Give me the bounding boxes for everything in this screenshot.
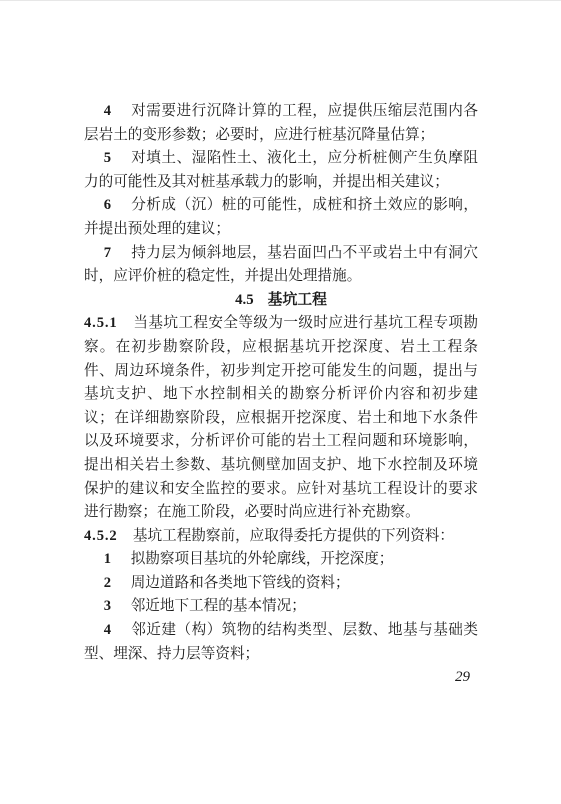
- document-page: 4对需要进行沉降计算的工程，应提供压缩层范围内各层岩土的变形参数；必要时，应进行…: [0, 0, 561, 804]
- list-item: 2周边道路和各类地下管线的资料；: [84, 572, 478, 596]
- clause-number: 4.5.1: [84, 315, 118, 331]
- list-item-number: 4: [104, 622, 111, 638]
- list-item-text: 拟勘察项目基坑的外轮廓线，开挖深度；: [131, 551, 394, 567]
- list-item-text: 邻近建（构）筑物的结构类型、层数、地基与基础类型、埋深、持力层等资料；: [84, 622, 478, 662]
- list-item: 7持力层为倾斜地层，基岩面凹凸不平或岩土中有洞穴时，应评价桩的稳定性，并提出处理…: [84, 242, 478, 289]
- list-item-number: 2: [104, 575, 111, 591]
- list-item-number: 6: [104, 197, 111, 213]
- list-item: 4对需要进行沉降计算的工程，应提供压缩层范围内各层岩土的变形参数；必要时，应进行…: [84, 100, 478, 147]
- list-item-text: 周边道路和各类地下管线的资料；: [131, 575, 350, 591]
- clause-text: 基坑工程勘察前，应取得委托方提供的下列资料：: [133, 528, 454, 544]
- list-item: 5对填土、湿陷性土、液化土，应分析桩侧产生负摩阻力的可能性及其对桩基承载力的影响…: [84, 147, 478, 194]
- text-block: 4对需要进行沉降计算的工程，应提供压缩层范围内各层岩土的变形参数；必要时，应进行…: [84, 100, 478, 690]
- list-item-text: 分析成（沉）桩的可能性，成桩和挤土效应的影响，并提出预处理的建议；: [84, 197, 478, 237]
- list-item-number: 5: [104, 150, 111, 166]
- list-item-text: 对需要进行沉降计算的工程，应提供压缩层范围内各层岩土的变形参数；必要时，应进行桩…: [84, 103, 478, 143]
- page-number: 29: [84, 666, 478, 690]
- list-item: 1拟勘察项目基坑的外轮廓线，开挖深度；: [84, 548, 478, 572]
- clause-text: 当基坑工程安全等级为一级时应进行基坑工程专项勘察。在初步勘察阶段，应根据基坑开挖…: [84, 315, 478, 520]
- page-top-edge: [0, 0, 561, 1]
- clause-4-5-2: 4.5.2基坑工程勘察前，应取得委托方提供的下列资料：: [84, 525, 478, 549]
- section-heading-title: 基坑工程: [268, 292, 327, 308]
- clause-number: 4.5.2: [84, 528, 118, 544]
- list-item: 3邻近地下工程的基本情况；: [84, 595, 478, 619]
- clause-4-5-1: 4.5.1当基坑工程安全等级为一级时应进行基坑工程专项勘察。在初步勘察阶段，应根…: [84, 312, 478, 524]
- list-item-text: 邻近地下工程的基本情况；: [131, 598, 306, 614]
- section-heading-number: 4.5: [235, 292, 254, 308]
- list-item-number: 3: [104, 598, 111, 614]
- list-item-text: 持力层为倾斜地层，基岩面凹凸不平或岩土中有洞穴时，应评价桩的稳定性，并提出处理措…: [84, 245, 478, 285]
- list-item: 4邻近建（构）筑物的结构类型、层数、地基与基础类型、埋深、持力层等资料；: [84, 619, 478, 666]
- list-item-number: 7: [104, 245, 111, 261]
- list-item-text: 对填土、湿陷性土、液化土，应分析桩侧产生负摩阻力的可能性及其对桩基承载力的影响，…: [84, 150, 478, 190]
- list-item: 6分析成（沉）桩的可能性，成桩和挤土效应的影响，并提出预处理的建议；: [84, 194, 478, 241]
- section-heading: 4.5基坑工程: [84, 289, 478, 313]
- list-item-number: 4: [104, 103, 111, 119]
- list-item-number: 1: [104, 551, 111, 567]
